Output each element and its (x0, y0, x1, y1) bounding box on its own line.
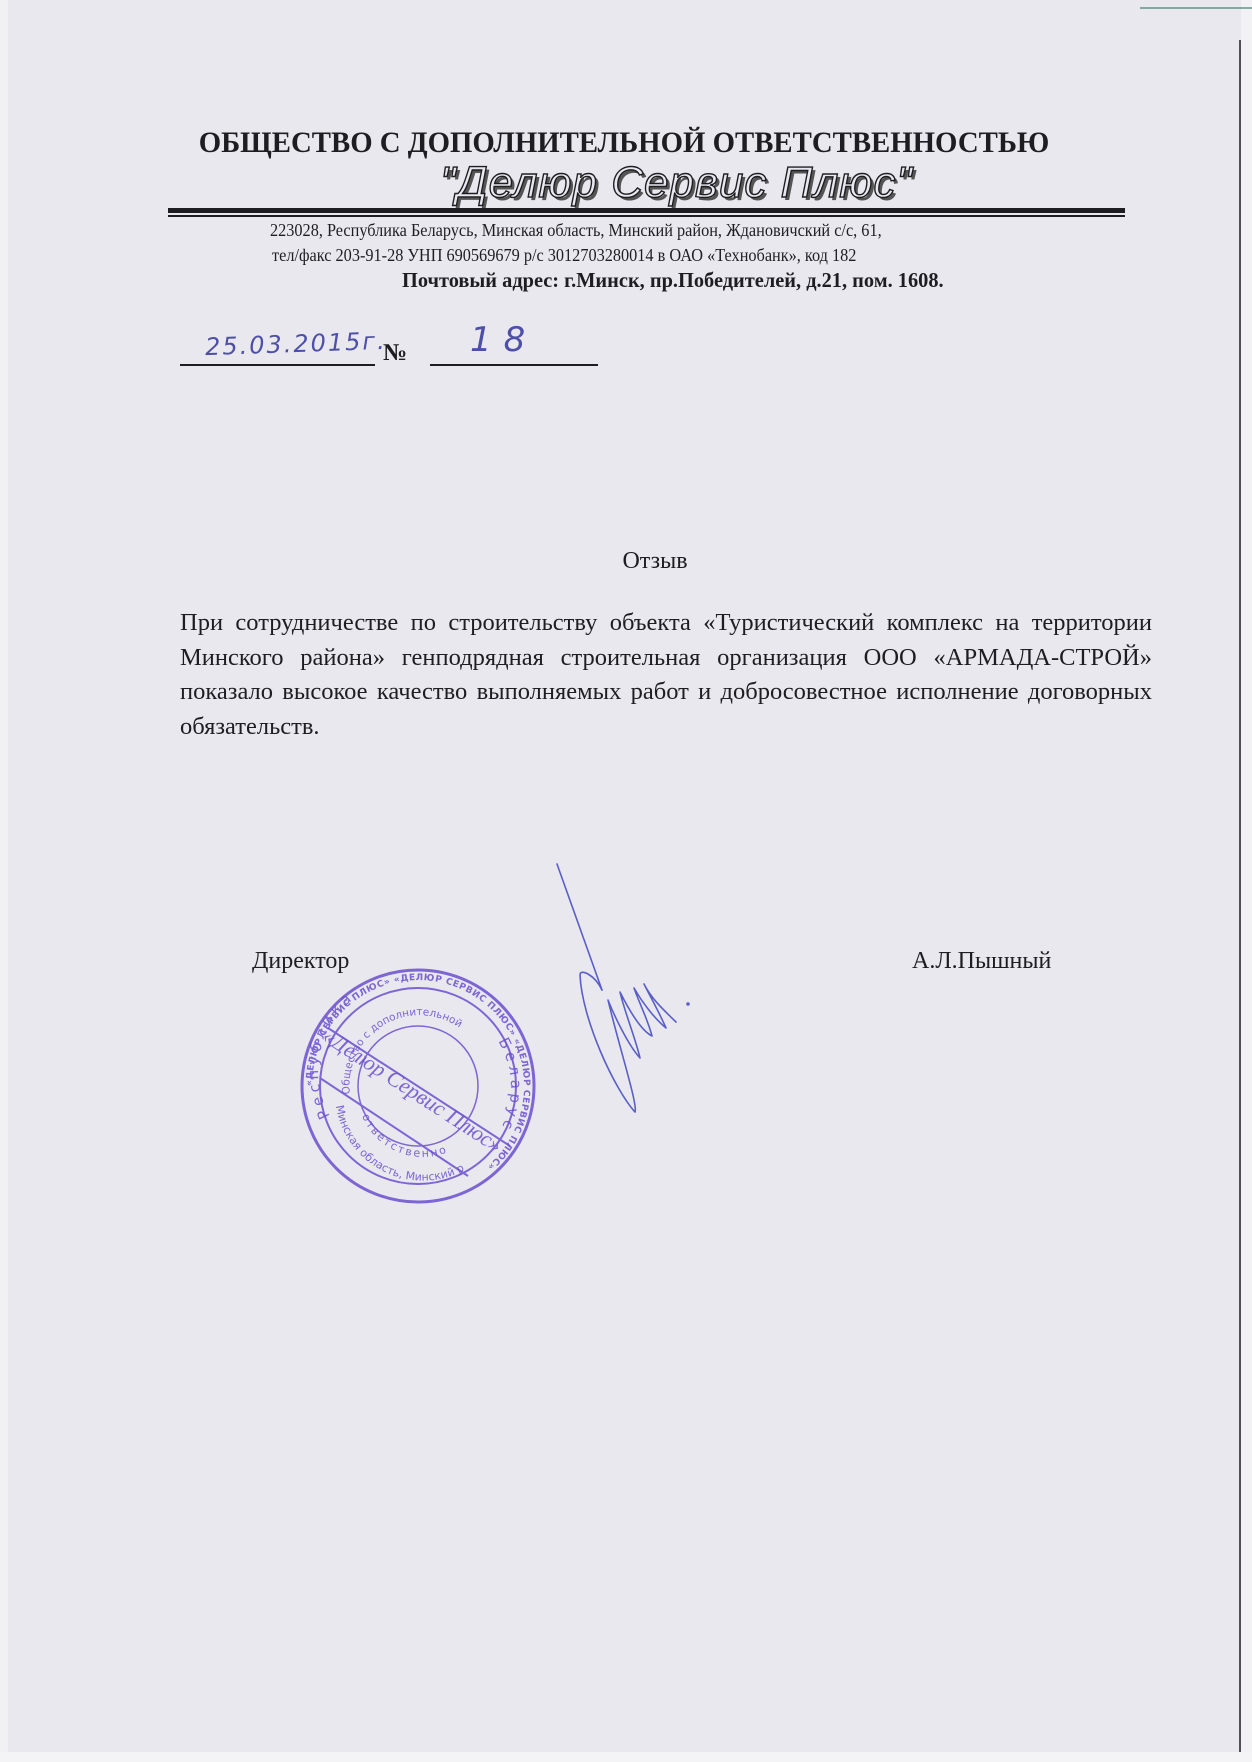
document-body: При сотрудничестве по строительству объе… (180, 606, 1152, 744)
reference-number-sign: № (383, 340, 407, 367)
scan-edge-bottom (0, 1752, 1252, 1762)
letterhead-org-type: ОБЩЕСТВО С ДОПОЛНИТЕЛЬНОЙ ОТВЕТСТВЕННОСТ… (180, 126, 1068, 160)
reference-number: 18 (470, 320, 537, 360)
company-stamp: «ДЕЛЮР СЕРВИС ПЛЮС» «ДЕЛЮР СЕРВИС ПЛЮС» … (298, 966, 538, 1206)
director-signature (540, 850, 720, 1130)
letterhead-org-name: "Делюр Сервис Плюс" (440, 158, 900, 208)
scan-edge-right-strip (1241, 0, 1252, 1762)
letterhead-address-1: 223028, Республика Беларусь, Минская обл… (270, 220, 882, 241)
document-title: Отзыв (600, 548, 710, 575)
reference-date: 25.03.2015г. (205, 327, 388, 361)
scan-edge-right (1239, 40, 1241, 1760)
document-body-paragraph: При сотрудничестве по строительству объе… (180, 606, 1152, 744)
scan-edge-top (1140, 7, 1252, 9)
letterhead-rule-thin (168, 215, 1125, 217)
reference-date-underline (180, 364, 375, 366)
letterhead-address-2: тел/факс 203-91-28 УНП 690569679 р/с 301… (272, 245, 856, 266)
letterhead-postal-address: Почтовый адрес: г.Минск, пр.Победителей,… (402, 268, 944, 293)
letterhead-rule (168, 208, 1125, 213)
reference-number-underline (430, 364, 598, 366)
signatory-name: А.Л.Пышный (912, 948, 1051, 975)
scan-edge-left (0, 0, 8, 1762)
